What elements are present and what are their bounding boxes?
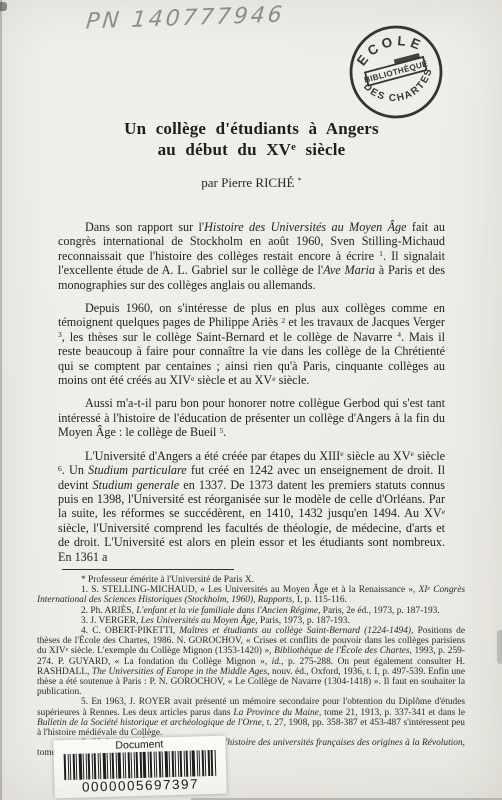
footnote: 4. C. OBERT-PIKETTI, Maîtres et étudiant… bbox=[37, 626, 465, 697]
footnote: 5. En 1963, J. ROYER avait présenté un m… bbox=[37, 697, 465, 738]
footnote: 1. S. STELLING-MICHAUD, « Les Université… bbox=[37, 585, 465, 605]
paragraph: L'Université d'Angers a été créée par ét… bbox=[58, 449, 445, 564]
barcode-label: Document 0000005697397 bbox=[53, 736, 227, 799]
article-title-line1: Un collège d'étudiants à Angers bbox=[58, 118, 445, 139]
footnote: 3. J. VERGER, Les Universités au Moyen Â… bbox=[37, 616, 465, 626]
footnotes: * Professeur émérite à l'Université de P… bbox=[37, 575, 465, 759]
article-body: Dans son rapport sur l'Histoire des Univ… bbox=[58, 220, 445, 564]
scanned-document-page: PN 140777946 ECOLE DES CHARTES BIBLIOTHÈ… bbox=[0, 0, 502, 800]
footnote: * Professeur émérite à l'Université de P… bbox=[37, 575, 465, 585]
article-title-line2: au début du XVe siècle bbox=[58, 139, 445, 160]
footnote-separator bbox=[62, 569, 234, 570]
paragraph: Aussi m'a-t-il paru bon pour honorer not… bbox=[58, 396, 445, 439]
paragraph: Dans son rapport sur l'Histoire des Univ… bbox=[58, 220, 445, 292]
footnote: 2. Ph. ARIÈS, L'enfant et la vie familia… bbox=[37, 606, 465, 616]
article-byline: par Pierre RICHÉ * bbox=[58, 175, 445, 191]
article-content: Un collège d'étudiants à Angers au début… bbox=[0, 0, 502, 759]
article-title: Un collège d'étudiants à Angers au début… bbox=[58, 118, 445, 160]
paragraph: Depuis 1960, on s'intéresse de plus en p… bbox=[58, 301, 445, 387]
